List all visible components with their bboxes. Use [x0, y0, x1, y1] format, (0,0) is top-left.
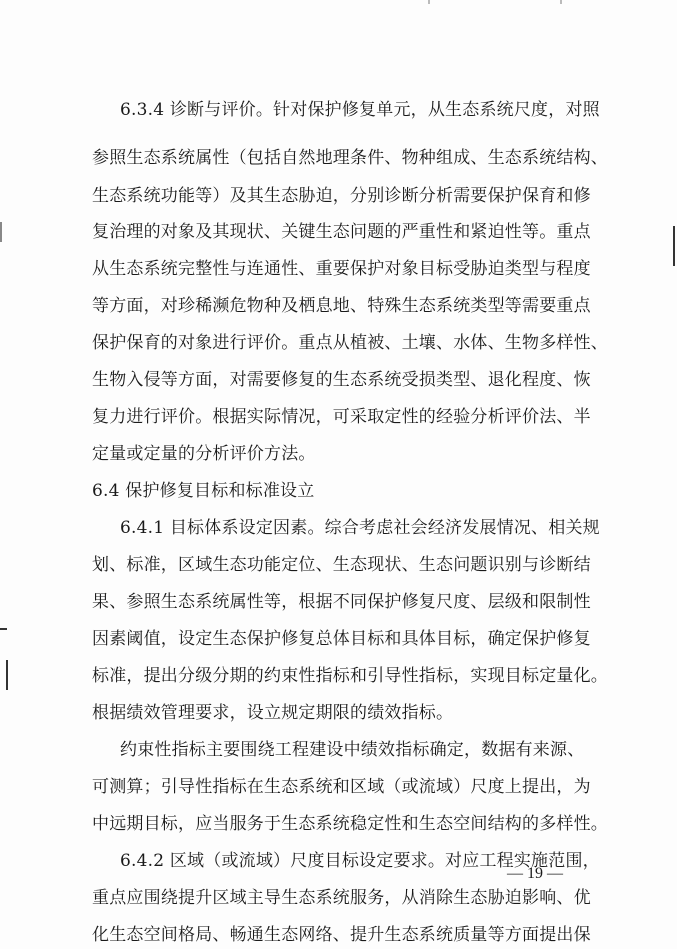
text-line: 保护保育的对象进行评价。重点从植被、土壤、水体、生物多样性、 — [92, 333, 598, 353]
paragraph-6-3-4-heading-line: 6.3.4 诊断与评价。针对保护修复单元，从生态系统尺度，对照 — [120, 100, 626, 120]
text-line: 果、参照生态系统属性等，根据不同保护修复尺度、层级和限制性 — [92, 592, 598, 612]
text-line: 可测算；引导性指标在生态系统和区域（或流域）尺度上提出，为 — [92, 777, 598, 797]
scan-mark — [6, 660, 8, 690]
text-line: 因素阈值，设定生态保护修复总体目标和具体目标，确定保护修复 — [92, 629, 598, 649]
text-line: 参照生态系统属性（包括自然地理条件、物种组成、生态系统结构、 — [92, 148, 598, 168]
scan-mark — [560, 0, 562, 4]
text-line: 从生态系统完整性与连通性、重要保护对象目标受胁迫类型与程度 — [92, 259, 598, 279]
section-heading-6-4: 6.4 保护修复目标和标准设立 — [92, 481, 598, 501]
text-line: 生物入侵等方面，对需要修复的生态系统受损类型、退化程度、恢 — [92, 370, 598, 390]
text-line: 标准，提出分级分期的约束性指标和引导性指标，实现目标定量化。 — [92, 666, 598, 686]
text-line: 等方面，对珍稀濒危物种及栖息地、特殊生态系统类型等需要重点 — [92, 296, 598, 316]
text-line: 化生态空间格局、畅通生态网络、提升生态系统质量等方面提出保 — [92, 925, 598, 945]
text-line: 复治理的对象及其现状、关键生态问题的严重性和紧迫性等。重点 — [92, 222, 598, 242]
paragraph-6-4-1-heading-line: 6.4.1 目标体系设定因素。综合考虑社会经济发展情况、相关规 — [120, 518, 626, 538]
text-line: 复力进行评价。根据实际情况，可采取定性的经验分析评价法、半 — [92, 407, 598, 427]
scan-mark — [673, 226, 675, 266]
text-line: 重点应围绕提升区域主导生态系统服务，从消除生态胁迫影响、优 — [92, 888, 598, 908]
document-page: 6.3.4 诊断与评价。针对保护修复单元，从生态系统尺度，对照 参照生态系统属性… — [0, 0, 677, 949]
text-line: 中远期目标，应当服务于生态系统稳定性和生态空间结构的多样性。 — [92, 814, 598, 834]
page-number: — 19 — — [507, 865, 563, 883]
scan-mark — [428, 0, 430, 4]
text-line: 根据绩效管理要求，设立规定期限的绩效指标。 — [92, 703, 598, 723]
text-line: 约束性指标主要围绕工程建设中绩效指标确定，数据有来源、 — [120, 740, 626, 760]
text-line: 定量或定量的分析评价方法。 — [92, 444, 598, 464]
text-line: 划、标准，区域生态功能定位、生态现状、生态问题识别与诊断结 — [92, 555, 598, 575]
scan-mark — [0, 628, 7, 630]
scan-mark — [0, 222, 2, 242]
text-line: 生态系统功能等）及其生态胁迫，分别诊断分析需要保护保育和修 — [92, 186, 598, 206]
